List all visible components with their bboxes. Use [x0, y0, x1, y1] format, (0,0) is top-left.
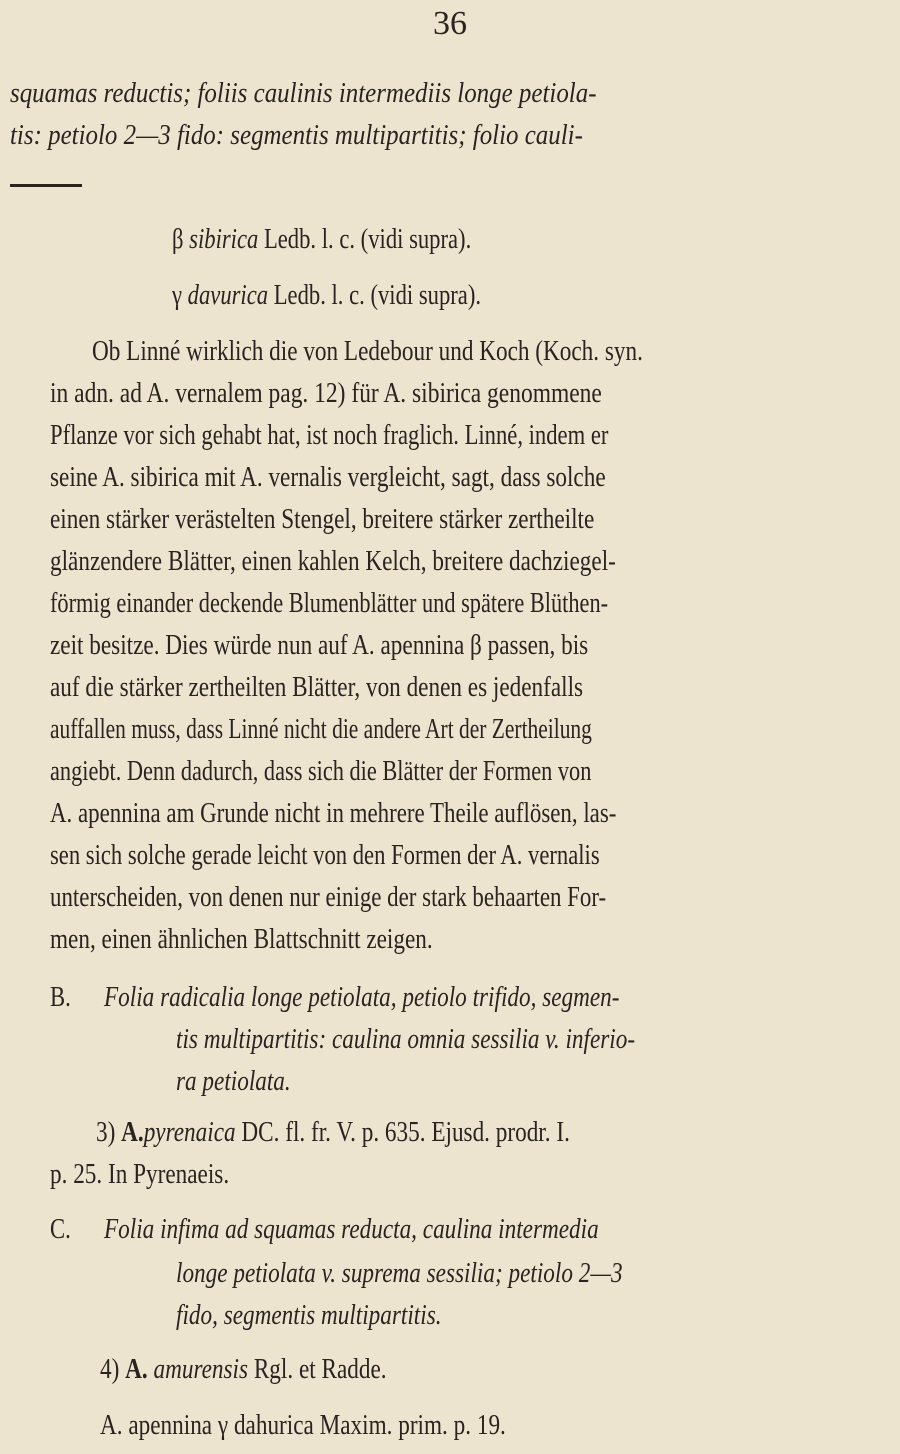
variety-citation: Ledb. l. c. (vidi supra).	[264, 223, 471, 255]
variety-symbol: γ	[172, 279, 182, 311]
variety-name: sibirica	[189, 223, 258, 255]
species-entry-4: 4) A. amurensis Rgl. et Radde.	[100, 1352, 387, 1386]
section-description-line: ra petiolata.	[176, 1064, 291, 1098]
synonym-line: A. apennina γ dahurica Maxim. prim. p. 1…	[100, 1408, 506, 1442]
paragraph-line: A. apennina am Grunde nicht in mehrere T…	[50, 796, 616, 830]
paragraph-line: angiebt. Denn dadurch, dass sich die Blä…	[50, 754, 591, 788]
variety-name: davurica	[188, 279, 268, 311]
section-description-line: fido, segmentis multipartitis.	[176, 1298, 442, 1332]
paragraph-line: Pflanze vor sich gehabt hat, ist noch fr…	[50, 418, 608, 452]
section-description-line: Folia infima ad squamas reducta, caulina…	[104, 1212, 599, 1246]
variety-citation: Ledb. l. c. (vidi supra).	[274, 279, 481, 311]
paragraph-line: förmig einander deckende Blumenblätter u…	[50, 586, 608, 620]
species-genus: A.	[121, 1116, 144, 1148]
species-line: 3) A.pyrenaica DC. fl. fr. V. p. 635. Ej…	[96, 1115, 570, 1149]
section-description-line: tis multipartitis: caulina omnia sessili…	[176, 1022, 635, 1056]
species-number: 3)	[96, 1116, 115, 1148]
species-citation: Rgl. et Radde.	[254, 1353, 387, 1385]
species-number: 4)	[100, 1353, 119, 1385]
footnote-rule	[10, 184, 82, 187]
paragraph-line: in adn. ad A. vernalem pag. 12) für A. s…	[50, 376, 602, 410]
page-number: 36	[0, 4, 900, 44]
paragraph-line: einen stärker verästelten Stengel, breit…	[50, 502, 594, 536]
variety-beta: β sibirica Ledb. l. c. (vidi supra).	[172, 222, 471, 256]
section-description-line: longe petiolata v. suprema sessilia; pet…	[176, 1256, 623, 1290]
paragraph-line: seine A. sibirica mit A. vernalis vergle…	[50, 460, 606, 494]
paragraph-line: glänzendere Blätter, einen kahlen Kelch,…	[50, 544, 616, 578]
species-citation-line: p. 25. In Pyrenaeis.	[50, 1157, 229, 1191]
paragraph-line: unterscheiden, von denen nur einige der …	[50, 880, 606, 914]
section-description-line: Folia radicalia longe petiolata, petiolo…	[104, 980, 620, 1014]
book-page: 36 squamas reductis; foliis caulinis int…	[0, 0, 900, 1454]
paragraph-line: auf die stärker zertheilten Blätter, von…	[50, 670, 583, 704]
variety-symbol: β	[172, 223, 184, 255]
paragraph-line: zeit besitze. Dies würde nun auf A. apen…	[50, 628, 588, 662]
paragraph-line: Ob Linné wirklich die von Ledebour und K…	[92, 334, 643, 368]
variety-gamma: γ davurica Ledb. l. c. (vidi supra).	[172, 278, 481, 312]
paragraph-line: auffallen muss, dass Linné nicht die and…	[50, 712, 592, 746]
continuation-line-1: squamas reductis; foliis caulinis interm…	[10, 76, 597, 110]
species-genus: A.	[125, 1353, 148, 1385]
section-label: B.	[50, 980, 71, 1014]
paragraph-line: men, einen ähnlichen Blattschnitt zeigen…	[50, 922, 433, 956]
species-citation: DC. fl. fr. V. p. 635. Ejusd. prodr. I.	[241, 1116, 569, 1148]
continuation-line-2: tis: petiolo 2—3 fido: segmentis multipa…	[10, 118, 583, 152]
section-label: C.	[50, 1212, 71, 1246]
paragraph-line: sen sich solche gerade leicht von den Fo…	[50, 838, 600, 872]
species-name: pyrenaica	[144, 1116, 236, 1148]
species-name: amurensis	[154, 1353, 249, 1385]
